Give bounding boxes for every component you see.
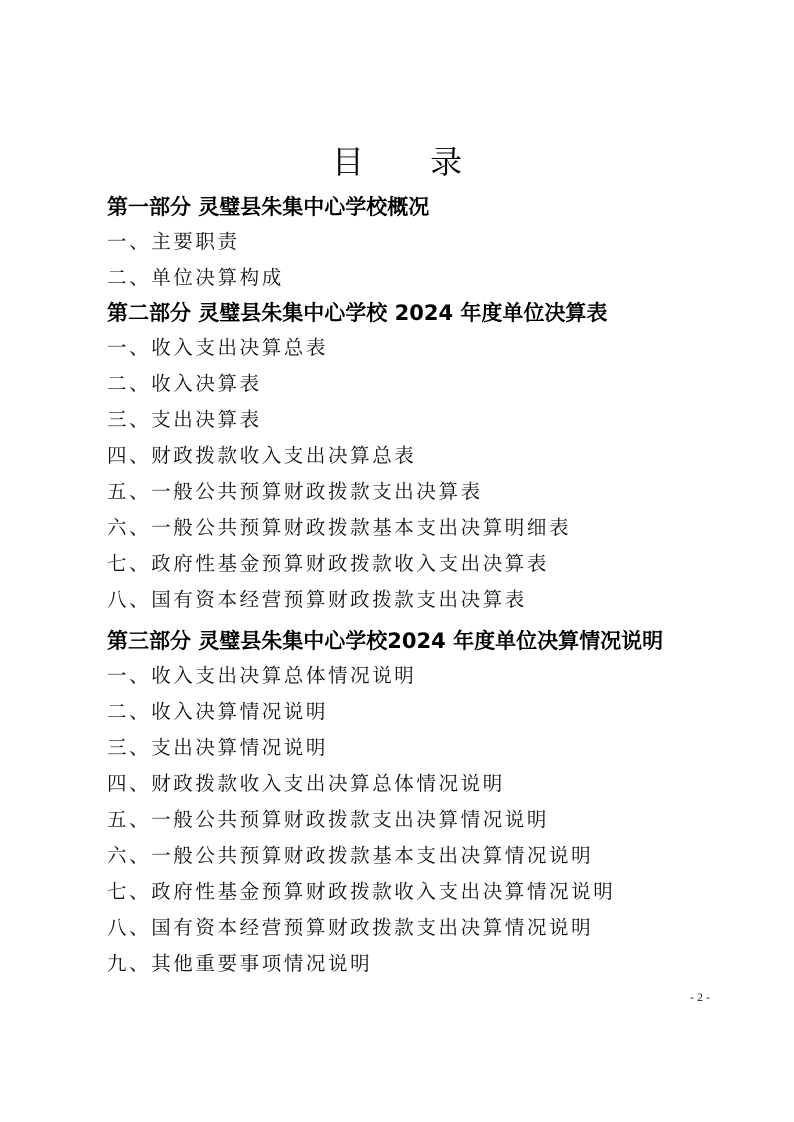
- toc-item[interactable]: 一、主要职责: [107, 224, 747, 260]
- toc-item[interactable]: 一、收入支出决算总体情况说明: [107, 658, 747, 694]
- toc-item[interactable]: 三、支出决算情况说明: [107, 730, 747, 766]
- toc-item[interactable]: 一、收入支出决算总表: [107, 330, 747, 366]
- toc-item[interactable]: 二、收入决算情况说明: [107, 694, 747, 730]
- toc-item[interactable]: 二、单位决算构成: [107, 260, 747, 296]
- toc-part-3-heading[interactable]: 第三部分 灵璧县朱集中心学校2024 年度单位决算情况说明: [107, 624, 747, 658]
- document-page: 目 录 第一部分 灵璧县朱集中心学校概况 一、主要职责 二、单位决算构成 第二部…: [0, 0, 794, 1122]
- toc-item[interactable]: 四、财政拨款收入支出决算总体情况说明: [107, 766, 747, 802]
- table-of-contents: 第一部分 灵璧县朱集中心学校概况 一、主要职责 二、单位决算构成 第二部分 灵璧…: [107, 190, 747, 982]
- toc-item[interactable]: 五、一般公共预算财政拨款支出决算情况说明: [107, 802, 747, 838]
- toc-item[interactable]: 五、一般公共预算财政拨款支出决算表: [107, 474, 747, 510]
- toc-item[interactable]: 六、一般公共预算财政拨款基本支出决算情况说明: [107, 838, 747, 874]
- toc-item[interactable]: 九、其他重要事项情况说明: [107, 946, 747, 982]
- toc-item[interactable]: 八、国有资本经营预算财政拨款支出决算情况说明: [107, 910, 747, 946]
- toc-item[interactable]: 二、收入决算表: [107, 366, 747, 402]
- toc-item[interactable]: 六、一般公共预算财政拨款基本支出决算明细表: [107, 510, 747, 546]
- toc-item[interactable]: 八、国有资本经营预算财政拨款支出决算表: [107, 582, 747, 618]
- toc-title: 目 录: [0, 142, 794, 182]
- page-number: - 2 -: [690, 990, 710, 1005]
- toc-item[interactable]: 七、政府性基金预算财政拨款收入支出决算表: [107, 546, 747, 582]
- toc-item[interactable]: 四、财政拨款收入支出决算总表: [107, 438, 747, 474]
- toc-part-2-heading[interactable]: 第二部分 灵璧县朱集中心学校 2024 年度单位决算表: [107, 296, 747, 330]
- toc-item[interactable]: 七、政府性基金预算财政拨款收入支出决算情况说明: [107, 874, 747, 910]
- toc-part-1-heading[interactable]: 第一部分 灵璧县朱集中心学校概况: [107, 190, 747, 224]
- toc-item[interactable]: 三、支出决算表: [107, 402, 747, 438]
